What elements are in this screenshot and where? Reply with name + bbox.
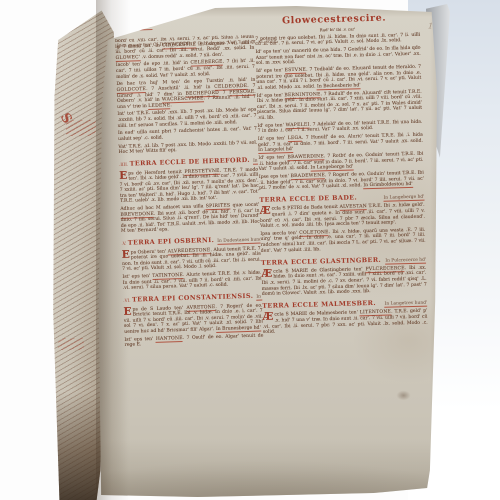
entry-paragraph: Eps Osbern' ten' ALVREDESTONE. Aluui ten…	[122, 246, 262, 273]
illuminated-initial: E	[122, 250, 130, 260]
rubric-title: TERRA EPI CONSTANTIENSIS.	[132, 292, 254, 304]
rubric-title: TERRA ECCLE DE HEREFORD.	[130, 156, 251, 168]
header-marginal-note: In Newetelai hd'	[116, 24, 152, 31]
text-run: Vat' T.R.E. .xl. lib. 7 post .xxx. lib. …	[118, 140, 257, 155]
entry-paragraph: Æccla S PETRI de Bada tenuit ALVESTAN T.…	[260, 203, 426, 229]
entry-paragraph: Æccla S MARIE de Glastingberie ten' PVLC…	[261, 266, 427, 298]
entry-paragraph: Id' eps ten' ESTVNE. 7 Tedbald' de eo. E…	[256, 65, 422, 91]
hundred-name: In Bechesberie hd'	[317, 83, 361, 90]
hundred-name: In Langetrev hund'	[385, 301, 428, 308]
illuminated-initial: E	[119, 171, 127, 181]
hundred-name: In Pulcrecerce hd'	[385, 257, 426, 264]
hundred-name: In Langeberge hd'	[310, 165, 353, 172]
entry-paragraph: Id' eps ten' LEGA. 7 Hunulf' de eo. Alur…	[258, 133, 423, 154]
entry-paragraph: Adhuc ad hoc M adiacet una uilla SPIRITE…	[120, 203, 260, 235]
chapter-number: .V.	[121, 241, 126, 246]
illuminated-initial: Æ	[261, 270, 272, 280]
recto-page: 165 In Newetelai hd' Ipsa quoq; ten' CLI…	[92, 2, 444, 500]
rubric-title: TERRA EPI OSBERNI.	[128, 236, 215, 247]
illuminated-initial: Æ	[262, 313, 273, 323]
verso-rubric-lines	[58, 338, 84, 350]
rubric-title: TERRA ECCLE MALMESBER.	[262, 299, 376, 310]
entry-paragraph: Ipse eps ten' BRADEWENE. 7 Rogeri' de eo…	[259, 171, 424, 192]
rubric-title: TERRA ECCLE GLASTINGBER.	[261, 255, 381, 266]
rubric-title: TERRA ECCLE DE BADE.	[259, 194, 357, 205]
hundred-name: In Langelei hd'	[258, 147, 293, 154]
chapter-number: .IIII.	[119, 162, 128, 167]
entry-paragraph: Ist' eps ten' HANTONE. 7 Osulf' de eo. A…	[124, 333, 263, 348]
entry-paragraph: Æccla S MARIE de Malmesberie ten' LITENT…	[262, 309, 428, 335]
place-name: LEDENE	[148, 103, 170, 110]
text-run: Rad' ht' ibi .v. car'	[320, 26, 356, 32]
text-run: In ead' uilla sunt pbri 7 radchenist' hn…	[118, 127, 257, 142]
manuscript-photo: S 165 In Newetelai hd' Ipsa quoq; ten' C…	[0, 0, 500, 500]
entry-paragraph: Id' eps ten' BRAWERDINE. 7 Rotbt' de eo.…	[258, 152, 423, 173]
hundred-name: In Grimboldestou hd'	[363, 182, 412, 189]
text-run: 7 poterat ire quo uolebat. Ibi .ii. hidæ…	[255, 33, 420, 48]
entry-paragraph: Ist' eps ten' TATINTONE. Aluric tenuit T…	[122, 271, 261, 292]
entry-paragraph: Ipsa æccla ten' COLETONE. Ibi .v. hidæ. …	[260, 228, 426, 254]
column-two: Rad' ht' ibi .v. car'7 poterat ire quo u…	[255, 26, 431, 452]
entry-paragraph: bord' cū .viii. car'. Ibi .vi. serui. 7 …	[115, 35, 255, 62]
county-title: Glowecestrescire.	[282, 13, 386, 27]
hundred-name: In Dudestanes hund'	[217, 238, 263, 245]
hundred-name: In Langeberge hd'	[383, 195, 424, 202]
entry-paragraph: Eps de S Laudo ten' AVRETONE. 7 Rogeri' …	[123, 303, 263, 335]
entry-paragraph: Eps de Hereford tenuit PRESTETVNE. T.R.E…	[119, 167, 259, 205]
place-name: GLOWEC'	[116, 55, 141, 62]
illuminated-initial: Æ	[260, 207, 271, 217]
illuminated-initial: E	[123, 307, 131, 317]
entry-paragraph: De hac tra huj' M ten' de epo Turstin' .…	[116, 78, 256, 110]
chapter-number: .VI.	[123, 298, 130, 303]
entry-paragraph: Id' eps ten' BERNINTONE. 7 Radulf' de eo…	[257, 89, 423, 121]
column-one: bord' cū .viii. car'. Ibi .vi. serui. 7 …	[115, 35, 267, 445]
hundred-name: In Brunesberge hd'	[216, 325, 261, 332]
text-run: .	[170, 103, 172, 108]
place-name: HANTONE	[156, 336, 183, 343]
entry-paragraph: Int' tot' T.R.E. ualeb' .xxx. lib. 7 pos…	[117, 108, 256, 129]
entry-paragraph: Vat' T.R.E. .xl. lib. 7 post .xxx. lib. …	[118, 140, 257, 155]
text-run: Id' eps ten' un' maneriū de una hida. 7 …	[256, 46, 421, 66]
text-run: Int' tot' T.R.E. ualeb' .xxx. lib. 7 pos…	[117, 108, 256, 128]
verso-rubric-lines	[66, 120, 96, 136]
entry-paragraph: Id' eps ten' un' maneriū de una hida. 7 …	[256, 46, 421, 67]
entry-paragraph: Iacob' ten' de epo .iii. hid' in CELEBER…	[116, 59, 255, 80]
